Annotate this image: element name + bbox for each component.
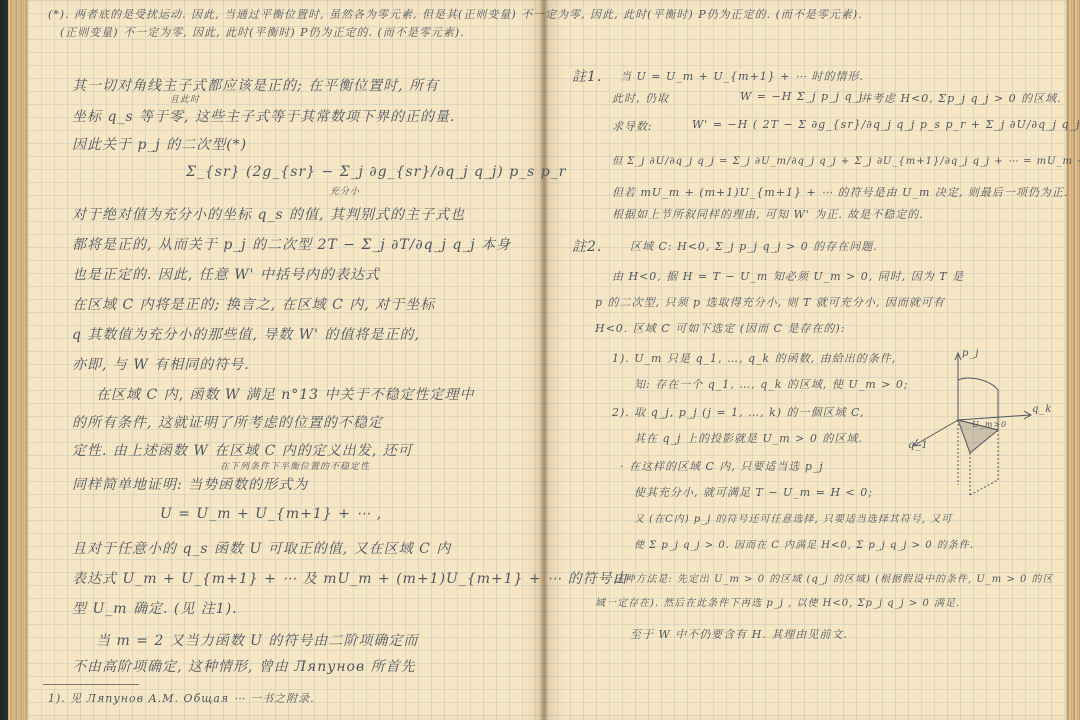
- left-para-4: 对于绝对值为充分小的坐标 q_s 的值, 其判别式的主子式也: [72, 204, 465, 224]
- note2-step-7: 又 (在C内) p_j 的符号还可任意选择, 只要适当选择其符号, 又可: [634, 510, 952, 525]
- left-para-14: 且对于任意小的 q_s 函数 U 可取正的值, 又在区域 C 内: [72, 538, 451, 558]
- formula-annotation: 充分小: [330, 184, 360, 197]
- quadratic-form-formula: Σ_{sr} (2g_{sr} − Σ_j ∂g_{sr}/∂q_j q_j) …: [186, 164, 566, 180]
- note1-derivative-label: 求导数:: [612, 118, 653, 134]
- left-para-3: 因此关于 p_j 的二次型(*): [72, 134, 247, 154]
- top-note-line1: (*). 两者底的是受扰运动. 因此, 当通过平衡位置时, 虽然各为零元素, 但…: [48, 6, 863, 22]
- note2-heading: 区域 C: H<0, Σ_j p_j q_j > 0 的存在问题.: [630, 238, 878, 254]
- superscript-insert: 且此时: [170, 92, 200, 105]
- left-para-7: 在区域 C 内将是正的; 换言之, 在区域 C 内, 对于坐标: [72, 294, 435, 314]
- note2-line-2: p 的二次型, 只须 p 选取得充分小, 则 T 就可充分小, 因而就可有: [595, 294, 945, 310]
- potential-series-formula: U = U_m + U_{m+1} + ⋯ ,: [160, 506, 382, 522]
- note2-line-3: H<0. 区域 C 可如下选定 (因而 C 是存在的):: [595, 320, 845, 336]
- notebook-spread: (*). 两者底的是受扰运动. 因此, 当通过平衡位置时, 虽然各为零元素, 但…: [0, 0, 1080, 720]
- region-diagram: [900, 345, 1040, 505]
- note2-closing: 至于 W 中不仍要含有 H. 其理由见前文.: [630, 626, 848, 642]
- left-para-2: 坐标 q_s 等于零, 这些主子式等于其常数项下界的正的量.: [72, 106, 455, 126]
- left-para-11: 的所有条件, 这就证明了所考虑的位置的不稳定: [72, 412, 383, 432]
- note1-conclusion: 根据如上节所叙同样的理由, 可知 W' 为正. 故是不稳定的.: [612, 206, 924, 222]
- note2-label: 註2.: [572, 236, 602, 256]
- page-stack-right: [1066, 0, 1080, 720]
- note2-line-1: 由 H<0, 据 H = T − U_m 知必须 U_m > 0, 同时, 因为…: [612, 268, 964, 284]
- diagram-axis-q1: q_1: [908, 440, 929, 451]
- left-para-18: 不由高阶项确定, 这种情形, 曾由 Ляпунов 所首先: [72, 656, 416, 676]
- note1-take: 此时, 仍取: [612, 90, 669, 106]
- note2-method-1: · 这种方法是: 先定出 U_m > 0 的区域 (q_j 的区域) (根据假设…: [605, 570, 1054, 585]
- note2-step-6: 使其充分小, 就可满足 T − U_m = H < 0;: [634, 484, 873, 500]
- note2-method-2: 域一定存在). 然后在此条件下再选 p_j , 以使 H<0, Σp_j q_j…: [595, 594, 960, 609]
- left-para-16: 型 U_m 确定. (见 注1).: [72, 598, 238, 618]
- left-para-13: 同样简单地证明: 当势函数的形式为: [72, 474, 308, 494]
- note2-step-2: 知: 存在一个 q_1, …, q_k 的区域, 使 U_m > 0;: [634, 376, 909, 392]
- notebook-gutter: [540, 0, 548, 720]
- page-stack-left: [8, 0, 30, 720]
- left-para-15: 表达式 U_m + U_{m+1} + ⋯ 及 mU_m + (m+1)U_{m…: [72, 568, 628, 588]
- diagram-axis-qk: q_k: [1032, 404, 1052, 415]
- note2-step-8: 使 Σ p_j q_j > 0. 因而在 C 内满足 H<0, Σ p_j q_…: [634, 536, 974, 551]
- formula-sum: 但 Σ_j ∂U/∂q_j q_j = Σ_j ∂U_m/∂q_j q_j + …: [612, 152, 1080, 167]
- left-para-6: 也是正定的. 因此, 任意 W' 中括号内的表达式: [72, 264, 380, 284]
- note2-step-1: 1). U_m 只是 q_1, …, q_k 的函数, 由給出的条件,: [612, 350, 896, 366]
- insert-above-line: 在下列条件下平衡位置的不稳定性: [220, 459, 370, 472]
- note1-label: 註1.: [572, 66, 602, 86]
- note2-step-5: · 在这样的区域 C 内, 只要适当选 p_j: [620, 458, 824, 474]
- formula-W: W = −H Σ_j p_j q_j .: [740, 90, 872, 103]
- footnote-divider: [43, 684, 139, 685]
- top-note-line2: (正则变量) 不一定为零, 因此, 此时(平衡时) P仍为正定的. (而不是零元…: [60, 24, 465, 40]
- left-para-5: 都将是正的, 从而关于 p_j 的二次型 2T − Σ_j ∂T/∂q_j q_…: [72, 234, 511, 254]
- left-para-9: 亦即, 与 W 有相同的符号.: [72, 354, 250, 374]
- note2-step-4: 其在 q_j 上的投影就是 U_m > 0 的区域.: [634, 430, 863, 446]
- note1-heading: 当 U = U_m + U_{m+1} + ⋯ 时的情形.: [620, 68, 864, 84]
- left-para-12: 定性. 由上述函数 W 在区域 C 内的定义出发, 还可: [72, 440, 413, 460]
- note1-region: 并考虑 H<0, Σp_j q_j > 0 的区域.: [860, 90, 1062, 106]
- left-para-17: 当 m = 2 又当力函数 U 的符号由二阶项确定而: [96, 630, 418, 650]
- note2-step-3: 2). 取 q_j, p_j (j = 1, …, k) 的一個区域 C,: [612, 404, 865, 420]
- footnote: 1). 见 Ляпунов А.М. Общая ⋯ 一书之附录.: [48, 690, 315, 706]
- diagram-axis-p: p_j: [962, 348, 980, 359]
- left-para-8: q 其数值为充分小的那些值, 导数 W' 的值将是正的,: [72, 324, 420, 344]
- left-para-1: 其一切对角线主子式都应该是正的; 在平衡位置时, 所有: [72, 75, 439, 95]
- left-para-10: 在区域 C 内, 函数 W 满足 n°13 中关于不稳定性定理中: [96, 384, 475, 404]
- diagram-region-label: U_m>0: [972, 420, 1007, 429]
- note1-sign: 但若 mU_m + (m+1)U_{m+1} + ⋯ 的符号是由 U_m 决定,…: [612, 184, 1068, 200]
- formula-W-prime: W' = −H ( 2T − Σ ∂g_{sr}/∂q_j q_j p_s p_…: [692, 118, 1080, 131]
